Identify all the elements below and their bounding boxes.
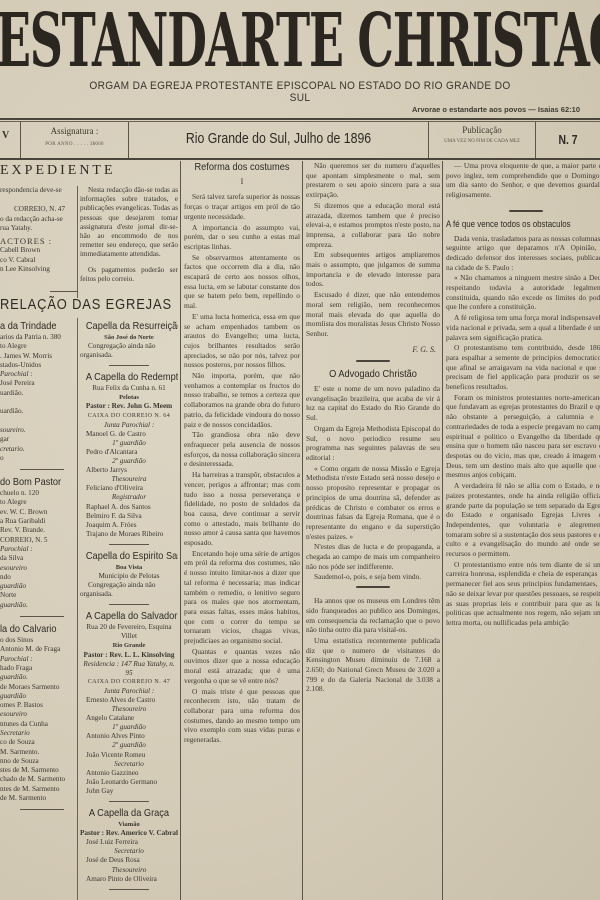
expediente-right: Nesta redacção dão-se todas as informaçõ… xyxy=(80,186,178,285)
publication-label: Publicação xyxy=(429,125,535,135)
expediente-line: co V. Cabral xyxy=(0,256,76,266)
paragraph: Quantas e quantas vezes não ouvimos dize… xyxy=(184,647,300,686)
paragraph: Escusado é dizer, que não entendemos mor… xyxy=(306,290,440,339)
church-place: Viamão xyxy=(80,820,178,829)
article-reforma-title: Reforma dos costumes xyxy=(191,163,293,173)
churches-divider xyxy=(77,318,78,900)
paragraph: Ha barreiras a transpôr, obstaculos a ve… xyxy=(184,470,300,548)
church-divider xyxy=(109,365,149,366)
church-line: . James W. Morris xyxy=(0,352,76,361)
ornament-divider xyxy=(356,586,390,588)
church-line: ev. W. C. Brown xyxy=(0,508,76,517)
member-name: Amaro Pinto de Oliveira xyxy=(80,875,178,884)
member-name: Antonio Gazzineo xyxy=(80,769,178,778)
paragraph: Saudemol-o, pois, e seja bem vindo. xyxy=(306,572,440,582)
expediente-divider xyxy=(77,186,78,298)
masthead-subtitle: ORGAM DA EGREJA PROTESTANTE EPISCOPAL NO… xyxy=(79,80,521,104)
article-reforma-continued: Não queremos ser do numero d'aquelles qu… xyxy=(306,161,440,339)
paragraph: Tão grandiosa obra não deve enfraquecer … xyxy=(184,430,300,469)
church-place: Rio Grande xyxy=(80,641,178,650)
church-line: o dos Sinos xyxy=(0,636,76,645)
church-line: gar xyxy=(0,435,76,444)
church-line: uardião. xyxy=(0,407,76,416)
church-line: José Pereira xyxy=(0,379,76,388)
church-divider xyxy=(20,616,64,617)
church-line: soureiro. xyxy=(0,426,76,435)
left-fragment: V xyxy=(2,130,9,141)
newspaper-page: ESTANDARTE CHRISTAO ORGAM DA EGREJA PROT… xyxy=(0,0,600,900)
member-name: Pedro d'Alcantara xyxy=(80,448,178,457)
paragraph: O protestantismo entre nós tem diante de… xyxy=(446,560,600,628)
member-name: João Leonardo Germano xyxy=(80,778,178,787)
expediente-payment: Os pagamentos poderão ser feitos pelo co… xyxy=(80,266,178,284)
church-municipality: Municipio de Pelotas xyxy=(80,572,178,581)
section-divider xyxy=(50,291,78,292)
column-2: Reforma dos costumes I Será talvez taref… xyxy=(184,161,300,900)
paragraph: Em subsequentes artigos ampliaremos mais… xyxy=(306,250,440,289)
member-name: Alberto Jarrys xyxy=(80,466,178,475)
article-advogado-title: O Advogado Christão xyxy=(314,370,432,380)
church-residence: Residencia : 147 Rua Yatahy, n. 95 xyxy=(80,660,178,678)
church-line xyxy=(0,417,76,426)
member-name: Manoel G. de Castro xyxy=(80,430,178,439)
column-rule-1 xyxy=(180,161,181,900)
church-line: uardião. xyxy=(0,389,76,398)
church-title: A Capella do Salvador xyxy=(86,610,172,623)
column-rule-3 xyxy=(442,161,443,900)
church-address: Rua 20 de Fevereiro, Esquina Villet xyxy=(80,623,178,641)
member-name: Trajano de Moraes Ribeiro xyxy=(80,530,178,539)
article-fe-body: Dada venia, trasladamos para as nossas c… xyxy=(446,234,600,628)
church-junta: Junta Parochial : xyxy=(80,421,178,430)
member-name: Feliciano d'Oliveira xyxy=(80,484,178,493)
paragraph: N'estes dias de lucta e de propaganda, a… xyxy=(306,542,440,571)
relacao-heading: RELAÇÃO DAS EGREJAS xyxy=(0,296,155,313)
ornament-divider xyxy=(356,360,390,362)
expediente-line: CORREIO, N. 47 xyxy=(0,205,76,215)
church-line: M. Sarmento. xyxy=(0,748,76,757)
church-line: stes de M. Sarmento xyxy=(0,766,76,775)
expediente-heading: EXPEDIENTE xyxy=(0,163,180,179)
article-museus-continued: — Uma prova eloquente de que, a maior pa… xyxy=(446,161,600,200)
subscription-label: Assignatura : xyxy=(21,126,128,136)
expediente-line: respondencia deve-se xyxy=(0,186,76,196)
church-divider xyxy=(109,604,149,605)
column-3: Não queremos ser do numero d'aquelles qu… xyxy=(306,161,440,900)
church-title: A Capella do Redemptor xyxy=(86,371,172,384)
paragraph: Ha annos que os museus em Londres têm si… xyxy=(306,596,440,635)
paragraph: Dada venia, trasladamos para as nossas c… xyxy=(446,234,600,273)
paragraph: Foram os ministros protestantes norte-am… xyxy=(446,393,600,480)
paragraph: Encetando hoje uma série de artigos em p… xyxy=(184,549,300,646)
church-line: chado de M. Sarmento xyxy=(0,775,76,784)
member-name: Ernesto Alves de Castro xyxy=(80,696,178,705)
church-pobox: CAIXA DO CORREIO N. 47 xyxy=(80,678,178,687)
member-role: 1º guardião xyxy=(80,439,178,448)
publication-value: UMA VEZ NO FIM DE CADA MEZ xyxy=(429,139,535,145)
member-role: Thesoureiro xyxy=(80,705,178,714)
churches-right-column: Capella da ResurreiçãoSão José do NorteC… xyxy=(80,320,178,900)
church-line: chuelo n. 120 xyxy=(0,489,76,498)
expediente-line: o da redacção acha-se xyxy=(0,215,76,225)
expediente-line: n Lee Kinsolving xyxy=(0,265,76,275)
expediente-line: ACTORES : xyxy=(0,237,76,247)
church-line: guardião. xyxy=(0,673,76,682)
article-reforma-body: Será talvez tarefa superior ás nossas fo… xyxy=(184,192,300,744)
church-line: omes P. Bastos xyxy=(0,701,76,710)
expediente-line: rua Yatahy. xyxy=(0,224,76,234)
member-name: Raphael A. dos Santos xyxy=(80,503,178,512)
expediente-left-text: respondencia deve-se CORREIO, N. 47o da … xyxy=(0,186,76,275)
member-role: 2º guardião xyxy=(80,741,178,750)
paragraph: « Como orgam de nossa Missão e Egreja Me… xyxy=(306,464,440,542)
masthead-title: ESTANDARTE CHRISTAO xyxy=(0,6,373,76)
church-divider xyxy=(109,544,149,545)
article-museus-body: Ha annos que os museus em Londres têm si… xyxy=(306,596,440,694)
subscription-box: Assignatura : POR ANNO . . . . . 3$000 xyxy=(21,122,129,158)
church-line: CORREIO, N. 5 xyxy=(0,536,76,545)
church-line: guardião xyxy=(0,692,76,701)
church-line: esoureiro xyxy=(0,710,76,719)
church-line: ntes de M. Sarmento xyxy=(0,785,76,794)
article-advogado-body: E' este o nome de um novo paladino da ev… xyxy=(306,384,440,582)
church-line: de Moraes Sarmento xyxy=(0,683,76,692)
member-role: Thesoureira xyxy=(80,475,178,484)
church-line: da Silva xyxy=(0,554,76,563)
church-line: ntunes da Cunha xyxy=(0,720,76,729)
member-name: Belmiro F. da Silva xyxy=(80,512,178,521)
church-line: guardião xyxy=(0,582,76,591)
paragraph: Não importa, porém, que não venhamos a c… xyxy=(184,371,300,429)
church-line: to Alegre xyxy=(0,342,76,351)
publication-box: Publicação UMA VEZ NO FIM DE CADA MEZ xyxy=(429,122,536,158)
church-line: Norte xyxy=(0,591,76,600)
info-bar: V Assignatura : POR ANNO . . . . . 3$000… xyxy=(0,122,600,158)
member-role: Thesoureiro xyxy=(80,866,178,875)
church-line: Rev. V. Brande. xyxy=(0,526,76,535)
church-line: co de Souza xyxy=(0,738,76,747)
paragraph: A importancia do assumpto vai, porém, da… xyxy=(184,223,300,252)
member-name: João Vicente Romeu xyxy=(80,751,178,760)
church-address: Rua Felix da Cunha n. 61 xyxy=(80,384,178,393)
church-place: Pelotas xyxy=(80,393,178,402)
churches-left-column: a da Trindadearios da Patria n. 380to Al… xyxy=(0,320,76,900)
paragraph: « Não chamamos a ninguem mestre sinão a … xyxy=(446,273,600,312)
church-title: Capella do Espirito Santo xyxy=(86,550,172,563)
church-line: cretario. xyxy=(0,445,76,454)
church-title: la do Calvario xyxy=(0,623,67,636)
church-line: Parochial : xyxy=(0,655,76,664)
member-role: 2º guardião xyxy=(80,457,178,466)
church-line: Antonio M. de Fraga xyxy=(0,645,76,654)
paragraph: O protestantismo tem contribuido, desde … xyxy=(446,343,600,392)
paragraph: Orgam da Egreja Methodista Episcopal do … xyxy=(306,424,440,463)
church-line: esoureiro xyxy=(0,564,76,573)
church-line: arios da Patria n. 380 xyxy=(0,333,76,342)
masthead-motto: Arvorae o estandarte aos povos — Isaias … xyxy=(320,105,580,114)
member-name: José de Deus Rosa xyxy=(80,856,178,865)
column-4: — Uma prova eloquente de que, a maior pa… xyxy=(446,161,600,900)
church-pastor: Pastor : Rev. L. L. Kinsolving xyxy=(80,651,178,660)
expediente-notice: Nesta redacção dão-se todas as informaçõ… xyxy=(80,186,178,260)
issue-number: N. 7 xyxy=(542,132,593,147)
church-line: de M. Sarmento xyxy=(0,794,76,803)
member-name: John Gay xyxy=(80,787,178,796)
church-line: hado Fraga xyxy=(0,664,76,673)
member-name: Antonio Alves Pinto xyxy=(80,732,178,741)
church-title: do Bom Pastor xyxy=(0,476,67,489)
member-name: José Luiz Ferreira xyxy=(80,838,178,847)
dateline: Rio Grande do Sul, Julho de 1896 xyxy=(156,130,401,147)
member-name: Angelo Catalane xyxy=(80,714,178,723)
paragraph: Não queremos ser do numero d'aquelles qu… xyxy=(306,161,440,200)
church-line: guardião. xyxy=(0,601,76,610)
church-line: ndo xyxy=(0,573,76,582)
church-line: o xyxy=(0,454,76,463)
article-reforma-section: I xyxy=(184,177,300,187)
church-line: Parochial : xyxy=(0,370,76,379)
ornament-divider xyxy=(509,210,543,212)
paragraph: Será talvez tarefa superior ás nossas fo… xyxy=(184,192,300,221)
church-title: a da Trindade xyxy=(0,320,67,333)
paragraph: Se observarmos attentamente os factos qu… xyxy=(184,253,300,311)
column-rule-2 xyxy=(302,161,303,900)
paragraph: Si dizemos que a educação moral está atr… xyxy=(306,201,440,250)
expediente-line: Cabell Brown xyxy=(0,246,76,256)
masthead-rule xyxy=(0,118,600,120)
church-pobox: CAIXA DO CORREIO N. 64 xyxy=(80,412,178,421)
church-pastor: Pastor : Rev. John G. Meem xyxy=(80,402,178,411)
church-line: Parochial : xyxy=(0,545,76,554)
member-role: Secretario xyxy=(80,760,178,769)
article-reforma-signature: F. G. S. xyxy=(306,345,436,355)
church-line: to Alegre xyxy=(0,498,76,507)
church-title: A Capella da Graça xyxy=(86,807,172,820)
article-fe-title: A fé que vence todos os obstaculos xyxy=(446,220,587,230)
church-place: São José do Norte xyxy=(80,333,178,342)
church-line: nno de Souza xyxy=(0,757,76,766)
church-junta: Junta Parochial : xyxy=(80,687,178,696)
paragraph: O mais triste é que pessoas que reconhec… xyxy=(184,687,300,745)
paragraph: E' uma lucta homerica, essa em que se ac… xyxy=(184,312,300,370)
paragraph: — Uma prova eloquente de que, a maior pa… xyxy=(446,161,600,200)
paragraph: A fé religiosa tem uma força moral indis… xyxy=(446,313,600,342)
church-divider xyxy=(20,469,64,470)
church-line: Congregação ainda não organisada. xyxy=(80,342,178,360)
church-place: Boa Vista xyxy=(80,563,178,572)
expediente-line xyxy=(0,196,76,206)
paragraph: Uma estatistica recentemente publicada d… xyxy=(306,636,440,694)
church-line: stados-Unidos xyxy=(0,361,76,370)
paragraph: A verdadeira fé não se allia com o Estad… xyxy=(446,481,600,559)
church-divider xyxy=(109,801,149,802)
header-bottom-rule xyxy=(0,158,600,160)
church-pastor: Pastor : Rev. Americo V. Cabral xyxy=(80,829,178,838)
subscription-value: POR ANNO . . . . . 3$000 xyxy=(21,142,128,147)
info-cell-left: V xyxy=(0,122,21,158)
church-line: a Rua Garibaldi xyxy=(0,517,76,526)
church-line xyxy=(0,398,76,407)
member-role: Registrador xyxy=(80,493,178,502)
member-role: Secretario xyxy=(80,847,178,856)
member-role: 1º guardião xyxy=(80,723,178,732)
church-divider xyxy=(109,889,149,890)
church-line: Secretario xyxy=(0,729,76,738)
church-title: Capella da Resurreição xyxy=(86,320,172,333)
church-divider xyxy=(20,809,64,810)
member-name: Joaquim A. Fróes xyxy=(80,521,178,530)
church-line: Congregação ainda não organisada. xyxy=(80,581,178,599)
dateline-box: Rio Grande do Sul, Julho de 1896 xyxy=(129,122,429,158)
paragraph: E' este o nome de um novo paladino da ev… xyxy=(306,384,440,423)
issue-box: N. 7 xyxy=(536,122,600,158)
